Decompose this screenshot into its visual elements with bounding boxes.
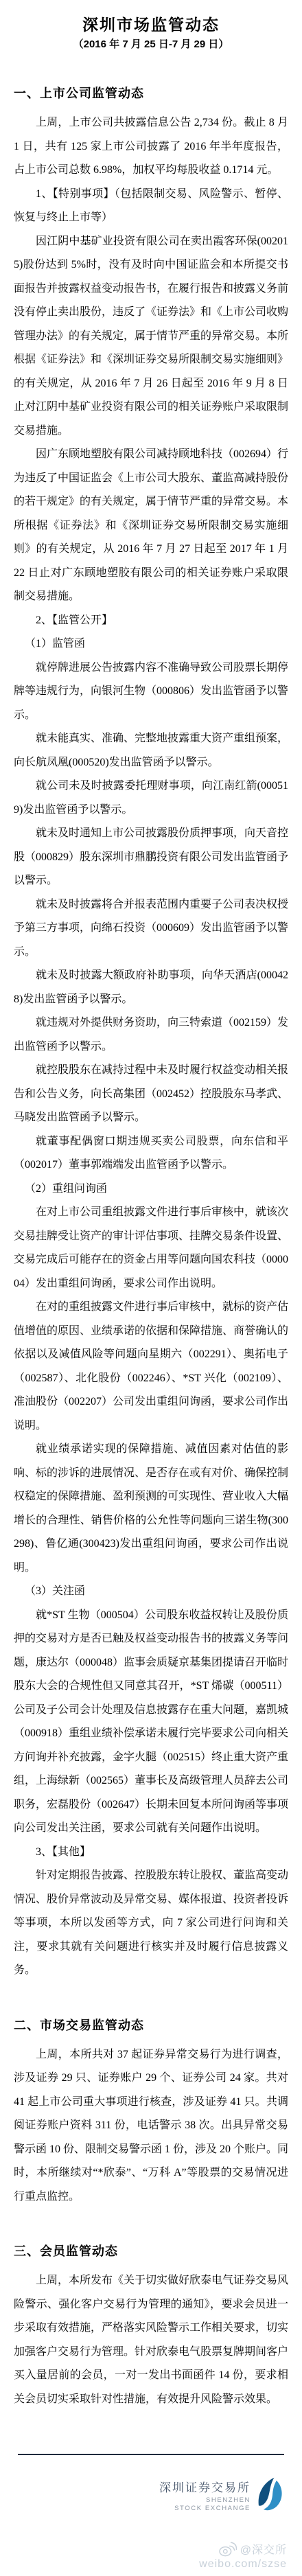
weibo-icon: [218, 2540, 237, 2557]
paragraph: 就未及时披露将合并报表范围内重要子公司表决权授予第三方事项，向绵石投资（0006…: [14, 893, 288, 965]
paragraph: 就未能真实、准确、完整地披露重大资产重组预案，向长航凤凰(000520)发出监管…: [14, 727, 288, 774]
paragraph: 就控股股东在减持过程中未及时履行权益变动相关报告和公告义务，向长高集团（0024…: [14, 1059, 288, 1130]
paragraph: 1、【特别事项】（包括限制交易、风险警示、暂停、恢复与终止上市等）: [14, 183, 288, 230]
paragraph: 3、【其他】: [14, 1841, 288, 1865]
document-body: 一、上市公司监管动态上周，上市公司共披露信息公告 2,734 份。截止 8 月 …: [14, 84, 288, 2411]
paragraph: 就业绩承诺实现的保障措施、减值因素对估值的影响、标的涉诉的进展情况、是否存在或有…: [14, 1438, 288, 1580]
logo-en-line1: SHENZHEN: [159, 2496, 251, 2505]
page-subtitle: （2016 年 7 月 25 日-7 月 29 日）: [14, 36, 288, 51]
footer-divider: [18, 2454, 284, 2455]
paragraph: 在对的重组披露文件进行事后审核中，就标的资产估值增值的原因、业绩承诺的依据和保障…: [14, 1296, 288, 1438]
paragraph: 因广东顾地塑胶有限公司减持顾地科技（002694）行为违反了中国证监会《上市公司…: [14, 443, 288, 609]
page-title: 深圳市场监管动态: [14, 12, 288, 35]
paragraph: 2、【监管公开】: [14, 609, 288, 633]
paragraph: 在对上市公司重组披露文件进行事后审核中，就该次交易挂牌受让资产的审计评估事项、挂…: [14, 1201, 288, 1296]
logo-en-line2: STOCK EXCHANGE: [159, 2505, 251, 2513]
paragraph: 就公司未及时披露委托理财事项，向江南红箭(000519)发出监管函予以警示。: [14, 774, 288, 822]
weibo-watermark: @深交所 weibo.com/szse: [14, 2540, 288, 2571]
paragraph: 上周，本所共对 37 起证券异常交易行为进行调查，涉及证券 29 只、证券账户 …: [14, 2043, 288, 2209]
szse-logo: 深圳证券交易所 SHENZHEN STOCK EXCHANGE: [14, 2476, 288, 2514]
paragraph: 上周，本所发布《关于切实做好欣泰电气证券交易风险警示、强化客户交易行为管理的通知…: [14, 2269, 288, 2411]
weibo-url: weibo.com/szse: [14, 2558, 287, 2571]
paragraph: 因江阴中基矿业投资有限公司在卖出霞客环保(002015)股份达到 5%时，没有及…: [14, 230, 288, 444]
paragraph: 就违规对外提供财务资助，向三特索道（002159）发出监管函予以警示。: [14, 1011, 288, 1059]
szse-logo-text: 深圳证券交易所 SHENZHEN STOCK EXCHANGE: [159, 2478, 251, 2513]
section-heading: 三、会员监管动态: [14, 2242, 288, 2259]
paragraph: 就董事配偶窗口期违规买卖公司股票，向东信和平（002017）董事郭端端发出监管函…: [14, 1130, 288, 1177]
logo-cn-text: 深圳证券交易所: [159, 2478, 251, 2495]
paragraph: 就*ST 生物（000504）公司股东收益权转让及股份质押的交易对方是否已触及权…: [14, 1604, 288, 1841]
footer: 深圳证券交易所 SHENZHEN STOCK EXCHANGE @深交所 wei…: [14, 2454, 288, 2571]
weibo-handle: @深交所: [240, 2541, 287, 2557]
paragraph: 就未及时通知上市公司披露股份质押事项，向天音控股（000829）股东深圳市鼎鹏投…: [14, 822, 288, 893]
paragraph: （1）监管函: [14, 632, 288, 656]
paragraph: （3）关注函: [14, 1580, 288, 1604]
document-page: 深圳市场监管动态 （2016 年 7 月 25 日-7 月 29 日） 一、上市…: [0, 0, 302, 2576]
paragraph: （2）重组问询函: [14, 1177, 288, 1201]
paragraph: 针对定期报告披露、控股股东转让股权、董监高变动情况、股价异常波动及异常交易、媒体…: [14, 1864, 288, 1983]
section-heading: 二、市场交易监管动态: [14, 2016, 288, 2034]
weibo-watermark-row: @深交所: [14, 2540, 287, 2557]
szse-logo-mark-icon: [255, 2476, 284, 2514]
paragraph: 上周，上市公司共披露信息公告 2,734 份。截止 8 月 1 日，共有 125…: [14, 111, 288, 183]
paragraph: 就停牌进展公告披露内容不准确导致公司股票长期停牌等违规行为，向银河生物（0008…: [14, 656, 288, 728]
section-heading: 一、上市公司监管动态: [14, 84, 288, 102]
paragraph: 就未及时披露大额政府补助事项，向华天酒店(000428)发出监管函予以警示。: [14, 964, 288, 1011]
